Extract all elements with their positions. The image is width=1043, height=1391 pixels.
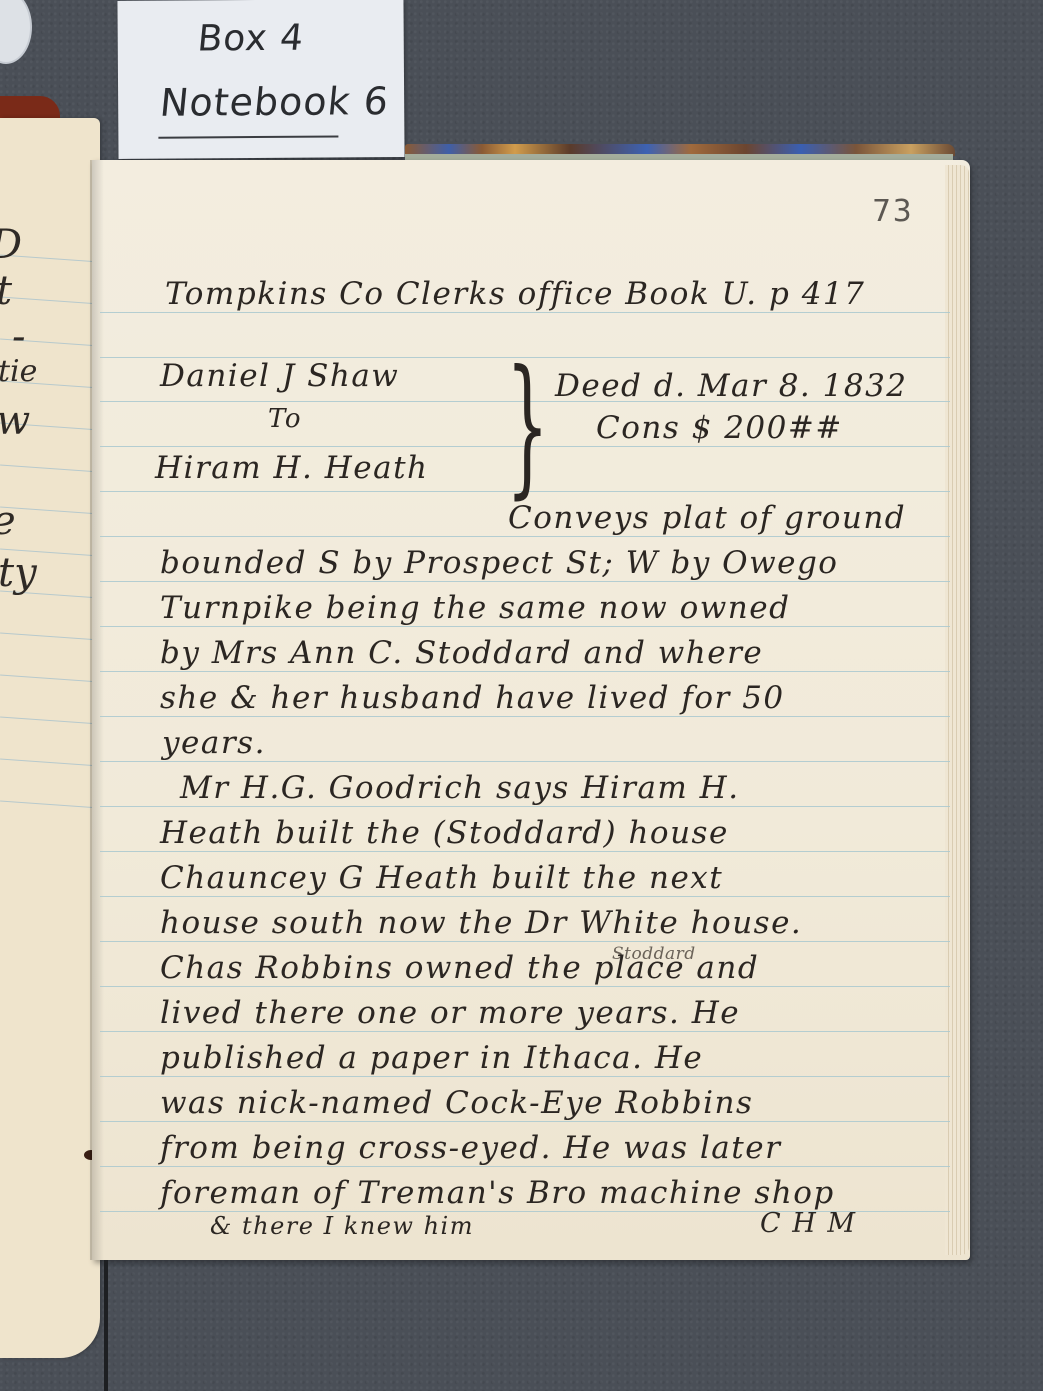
body-line-14: was nick-named Cock-Eye Robbins [160, 1085, 753, 1121]
left-page-verso: D t - tie w e ty [0, 118, 100, 1358]
notebook-number-label: Notebook 6 [158, 79, 391, 125]
deed-consideration: Cons $ 200## [596, 410, 843, 446]
body-line-10: house south now the Dr White house. [160, 905, 802, 941]
body-line-9: Chauncey G Heath built the next [160, 860, 723, 896]
rule-line [0, 801, 100, 809]
body-line-6: years. [162, 725, 266, 761]
rule-line [100, 896, 950, 897]
rule-line [100, 851, 950, 852]
rule-line [100, 806, 950, 807]
rule-line [100, 536, 950, 537]
body-line-7: Mr H.G. Goodrich says Hiram H. [180, 770, 740, 806]
body-line-2: bounded S by Prospect St; W by Owego [160, 545, 838, 581]
body-line-8: Heath built the (Stoddard) house [160, 815, 729, 851]
body-line-4: by Mrs Ann C. Stoddard and where [160, 635, 763, 671]
author-initials: C H M [760, 1208, 857, 1239]
body-line-3: Turnpike being the same now owned [160, 590, 790, 626]
deed-date: Deed d. Mar 8. 1832 [555, 368, 908, 404]
record-heading: Tompkins Co Clerks office Book U. p 417 [165, 276, 865, 312]
body-line-16: foreman of Treman's Bro machine shop [160, 1175, 835, 1211]
deed-to: To [268, 404, 302, 434]
page-block-edges [945, 165, 969, 1255]
box-number-label: Box 4 [196, 18, 306, 60]
text-fragment: t [0, 268, 12, 314]
bracket-brace: } [506, 356, 520, 496]
body-line-5: she & her husband have lived for 50 [160, 680, 785, 716]
white-clip [0, 0, 32, 64]
rule-line [100, 1121, 950, 1122]
rule-line [0, 759, 100, 767]
rule-line [0, 675, 100, 683]
body-line-1: Conveys plat of ground [508, 500, 906, 536]
text-fragment: w [0, 398, 30, 444]
body-line-13: published a paper in Ithaca. He [160, 1040, 703, 1076]
deed-grantee: Hiram H. Heath [155, 450, 429, 486]
body-line-12: lived there one or more years. He [160, 995, 740, 1031]
text-fragment: ty [0, 550, 37, 596]
rule-line [100, 581, 950, 582]
rule-line [100, 941, 950, 942]
text-fragment: D [0, 222, 22, 268]
rule-line [100, 716, 950, 717]
rule-line [0, 297, 100, 305]
text-fragment: tie [0, 354, 37, 389]
footnote-line: & there I knew him [210, 1212, 474, 1240]
rule-line [0, 717, 100, 725]
rule-line [100, 1076, 950, 1077]
deed-grantor: Daniel J Shaw [160, 358, 399, 394]
body-line-15: from being cross-eyed. He was later [160, 1130, 781, 1166]
rule-line [100, 761, 950, 762]
rule-line [0, 465, 100, 473]
rule-line [100, 671, 950, 672]
label-underline [158, 135, 338, 138]
rule-line [0, 633, 100, 641]
rule-line [100, 626, 950, 627]
page-number: 73 [872, 194, 913, 229]
gutter-shadow [90, 160, 104, 1260]
body-line-11: Chas Robbins owned the place and [160, 950, 759, 986]
archive-label-card: Box 4 Notebook 6 [117, 0, 404, 159]
rule-line [100, 986, 950, 987]
rule-line [100, 1031, 950, 1032]
rule-line [100, 1166, 950, 1167]
text-fragment: e [0, 498, 16, 544]
spine-shadow [104, 1260, 108, 1391]
rule-line [100, 312, 950, 313]
